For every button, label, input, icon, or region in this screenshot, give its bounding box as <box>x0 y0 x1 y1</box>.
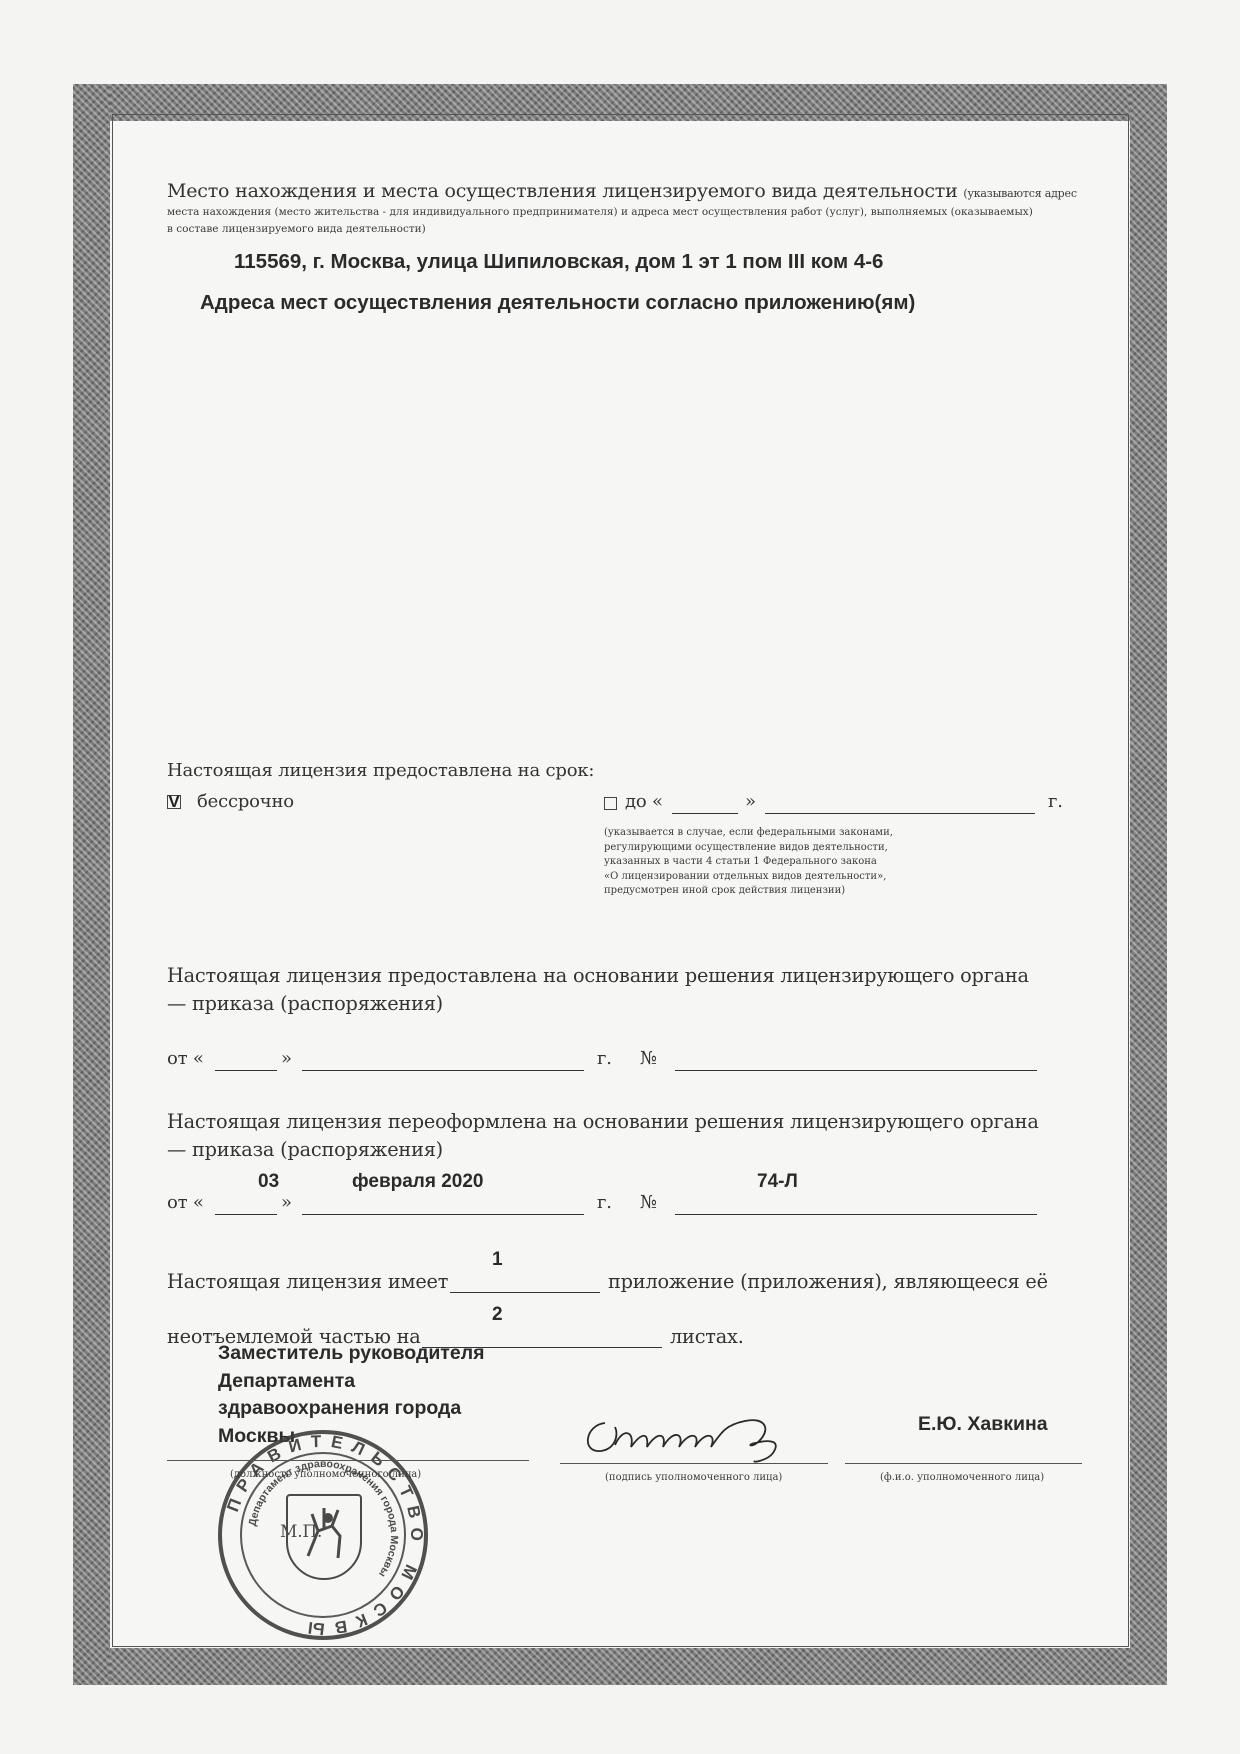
footnote-line: «О лицензировании отдельных видов деятел… <box>604 870 893 885</box>
header-note-line2: места нахождения (место жительства - для… <box>167 206 1033 218</box>
handwritten-signature <box>575 1405 845 1465</box>
until-checkbox[interactable] <box>604 797 617 810</box>
sheet-count-value: 2 <box>492 1304 503 1326</box>
signer-name: Е.Ю. Хавкина <box>918 1413 1048 1436</box>
signature-caption: (подпись уполномоченного лица) <box>605 1471 782 1486</box>
signer-position-line: здравоохранения города <box>218 1395 484 1423</box>
granted-from-prefix: от « <box>167 1048 204 1069</box>
granted-basis-line2: — приказа (распоряжения) <box>167 992 443 1015</box>
activity-addresses-note: Адреса мест осуществления деятельности с… <box>200 291 915 315</box>
until-day-field[interactable] <box>672 813 738 814</box>
reissued-day-field[interactable]: 03 <box>215 1214 277 1215</box>
header-title: Место нахождения и места осуществления л… <box>167 180 1077 202</box>
signer-position-line: Департамента <box>218 1368 484 1396</box>
footnote-line: регулирующими осуществление видов деятел… <box>604 841 893 856</box>
reissued-basis-line1: Настоящая лицензия переоформлена на осно… <box>167 1110 1039 1133</box>
reissued-quote-close: » <box>281 1192 292 1213</box>
granted-number-label: № <box>640 1048 657 1069</box>
term-footnote: (указывается в случае, если федеральными… <box>604 826 893 899</box>
official-stamp: ПРАВИТЕЛЬСТВО МОСКВЫ Департамент здравоо… <box>218 1430 428 1640</box>
granted-quote-close: » <box>281 1048 292 1069</box>
reissued-number-value: 74-Л <box>757 1171 798 1193</box>
name-line <box>845 1463 1082 1464</box>
stamp-place-mark: М.П. <box>280 1522 322 1542</box>
check-mark-icon: V <box>168 792 179 811</box>
reissued-number-field[interactable]: 74-Л <box>675 1214 1037 1215</box>
reissued-month-year-field[interactable]: февраля 2020 <box>302 1214 584 1215</box>
granted-month-year-field[interactable] <box>302 1070 584 1071</box>
reissued-year-suffix: г. <box>597 1192 612 1213</box>
granted-day-field[interactable] <box>215 1070 277 1071</box>
appendix-count-value: 1 <box>492 1249 503 1271</box>
position-caption: (должность уполномоченного лица) <box>230 1468 421 1483</box>
until-month-year-field[interactable] <box>765 813 1035 814</box>
header-note-inline: (указываются адрес <box>963 187 1076 200</box>
stamp-ring-text: ПРАВИТЕЛЬСТВО МОСКВЫ Департамент здравоо… <box>218 1430 428 1640</box>
position-line <box>167 1460 529 1461</box>
appendix-line2-suffix: листах. <box>670 1325 744 1348</box>
until-prefix: до « <box>625 791 663 812</box>
reissued-number-label: № <box>640 1192 657 1213</box>
reissued-basis-line2: — приказа (распоряжения) <box>167 1138 443 1161</box>
appendix-line1-prefix: Настоящая лицензия имеет <box>167 1270 448 1293</box>
signer-position-line: Заместитель руководителя <box>218 1340 484 1368</box>
reissued-day-value: 03 <box>258 1171 279 1193</box>
footnote-line: предусмотрен иной срок действия лицензии… <box>604 884 893 899</box>
footnote-line: (указывается в случае, если федеральными… <box>604 826 893 841</box>
until-quote-close: » <box>745 791 756 812</box>
granted-number-field[interactable] <box>675 1070 1037 1071</box>
reissued-month-year-value: февраля 2020 <box>352 1171 484 1193</box>
appendix-count-field[interactable]: 1 <box>450 1292 600 1293</box>
until-year-suffix: г. <box>1048 791 1063 812</box>
term-label: Настоящая лицензия предоставлена на срок… <box>167 760 594 781</box>
name-caption: (ф.и.о. уполномоченного лица) <box>880 1471 1044 1486</box>
signature-line <box>560 1463 828 1464</box>
address-line: 115569, г. Москва, улица Шипиловская, до… <box>234 250 883 274</box>
footnote-line: указанных в части 4 статьи 1 Федеральног… <box>604 855 893 870</box>
header-note-line3: в составе лицензируемого вида деятельнос… <box>167 223 426 235</box>
header-title-text: Место нахождения и места осуществления л… <box>167 180 958 202</box>
unlimited-checkbox[interactable]: V <box>167 795 181 809</box>
appendix-line1-suffix: приложение (приложения), являющееся её <box>608 1270 1048 1293</box>
granted-basis-line1: Настоящая лицензия предоставлена на осно… <box>167 964 1029 987</box>
unlimited-label: бессрочно <box>197 791 294 812</box>
granted-year-suffix: г. <box>597 1048 612 1069</box>
reissued-from-prefix: от « <box>167 1192 204 1213</box>
